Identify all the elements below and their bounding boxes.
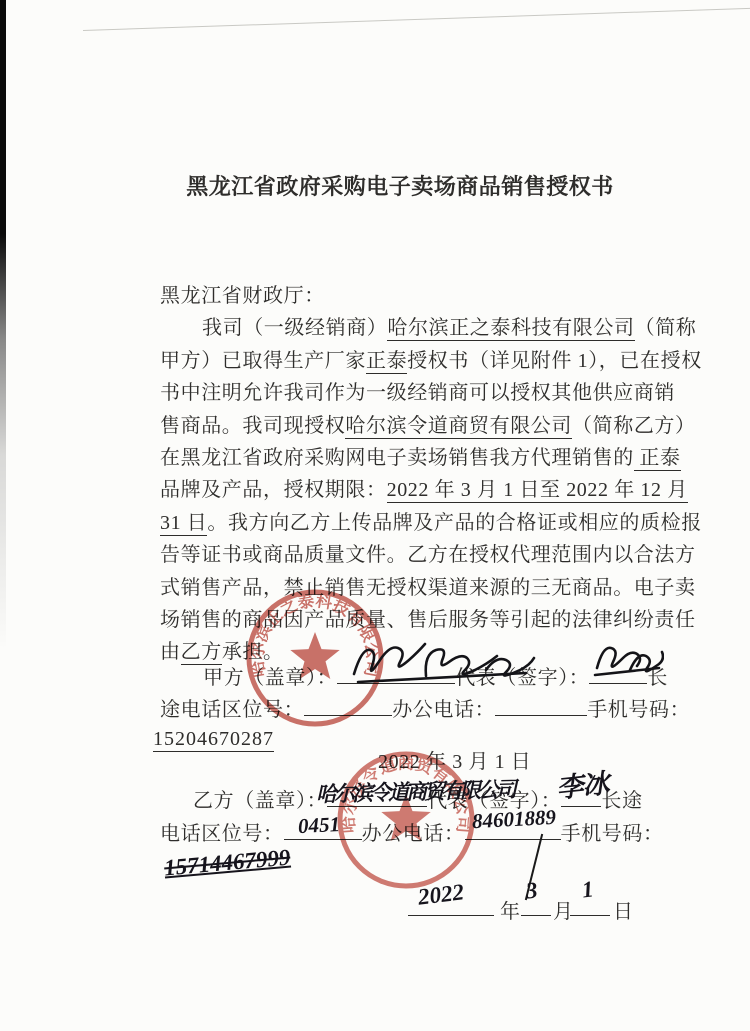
party-a-seal-handwriting-scribble <box>348 636 538 692</box>
body-text: 品牌及产品，授权期限： <box>160 479 387 501</box>
body-line: 售商品。我司现授权哈尔滨令道商贸有限公司（简称乙方） <box>160 410 720 442</box>
body-text: 我司（一级经销商） <box>202 317 387 339</box>
scribble-stroke <box>354 644 425 674</box>
bottom-date-day-handwriting: 1 <box>580 876 595 903</box>
underlined-body-text: 正泰 <box>366 350 407 374</box>
body-line: 告等证书或商品质量文件。乙方在授权代理范围内以合法方 <box>160 539 720 571</box>
party-a-mobile-label: 手机号码： <box>587 699 690 721</box>
underlined-body-text: 哈尔滨令道商贸有限公司 <box>345 415 572 439</box>
party-a-office-blank <box>495 696 587 716</box>
bottom-date-year-handwriting: 2022 <box>417 879 466 910</box>
party-b-area-code-label: 电话区位号： <box>160 823 284 845</box>
seal-star-icon <box>290 632 339 679</box>
underlined-body-text: 31 日 <box>160 512 207 536</box>
body-text: 书中注明允许我司作为一级经销商可以授权其他供应商销 <box>160 382 675 404</box>
body-text: 授权书（详见附件 1），已在授权 <box>407 350 702 372</box>
body-line: 品牌及产品，授权期限：2022 年 3 月 1 日至 2022 年 12 月 <box>160 474 720 506</box>
party-b-office-number-handwriting: 84601889 <box>471 805 556 834</box>
bottom-date-day-label: 日 <box>613 895 633 924</box>
body-line: 黑龙江省财政厅： <box>160 280 720 312</box>
body-text: 甲方）已取得生产厂家 <box>160 350 366 372</box>
body-text: 售商品。我司现授权 <box>160 415 345 437</box>
party-b-seal-handwriting: 哈尔滨令道商贸有限公司 <box>316 773 515 808</box>
party-b-mobile-handwriting: 15714467999 <box>163 845 291 882</box>
body-line: 我司（一级经销商）哈尔滨正之泰科技有限公司（简称 <box>160 312 720 344</box>
party-b-representative-signature: 李冰 <box>554 761 610 805</box>
party-a-office-label: 办公电话： <box>392 699 495 721</box>
party-b-seal-label: 乙方（盖章）： <box>193 790 327 812</box>
body-text: （简称 <box>635 317 697 339</box>
paper-top-edge <box>83 8 750 31</box>
underlined-body-text: 2022 年 3 月 1 日至 2022 年 12 月 <box>387 479 688 503</box>
body-text: 。我方向乙方上传品牌及产品的合格证或相应的质检报 <box>207 512 701 534</box>
underlined-body-text: 乙方 <box>181 641 222 665</box>
document-title: 黑龙江省政府采购电子卖场商品销售授权书 <box>165 170 635 201</box>
body-line: 书中注明允许我司作为一级经销商可以授权其他供应商销 <box>160 377 720 409</box>
party-b-company-seal: 哈尔滨令道商贸有限公司 <box>331 745 481 895</box>
party-b-mobile-label: 手机号码： <box>561 823 664 845</box>
underlined-body-text: 哈尔滨正之泰科技有限公司 <box>387 317 634 341</box>
bottom-date-month-handwriting: 3 <box>524 877 539 904</box>
scribble-stroke <box>358 673 526 682</box>
underlined-body-text: 正泰 <box>634 447 681 471</box>
scribble-stroke <box>426 649 497 676</box>
body-text: 黑龙江省财政厅： <box>160 285 325 307</box>
scanned-authorization-letter: 黑龙江省政府采购电子卖场商品销售授权书 黑龙江省财政厅：我司（一级经销商）哈尔滨… <box>0 0 750 1031</box>
body-text: （简称乙方） <box>572 415 696 437</box>
party-b-area-code-handwriting: 0451 <box>297 812 340 839</box>
party-a-representative-signature-scribble <box>592 638 664 682</box>
body-text: 由 <box>160 641 181 663</box>
body-text: 在黑龙江省政府采购网电子卖场销售我方代理销售的 <box>160 447 634 469</box>
body-line: 31 日。我方向乙方上传品牌及产品的合格证或相应的质检报 <box>160 507 720 539</box>
body-text: 告等证书或商品质量文件。乙方在授权代理范围内以合法方 <box>160 544 696 566</box>
body-line: 甲方）已取得生产厂家正泰授权书（详见附件 1），已在授权 <box>160 345 720 377</box>
body-line: 在黑龙江省政府采购网电子卖场销售我方代理销售的 正泰 <box>160 442 720 474</box>
scan-edge-artifact <box>0 0 6 650</box>
bottom-date-year-label: 年 <box>500 895 520 924</box>
